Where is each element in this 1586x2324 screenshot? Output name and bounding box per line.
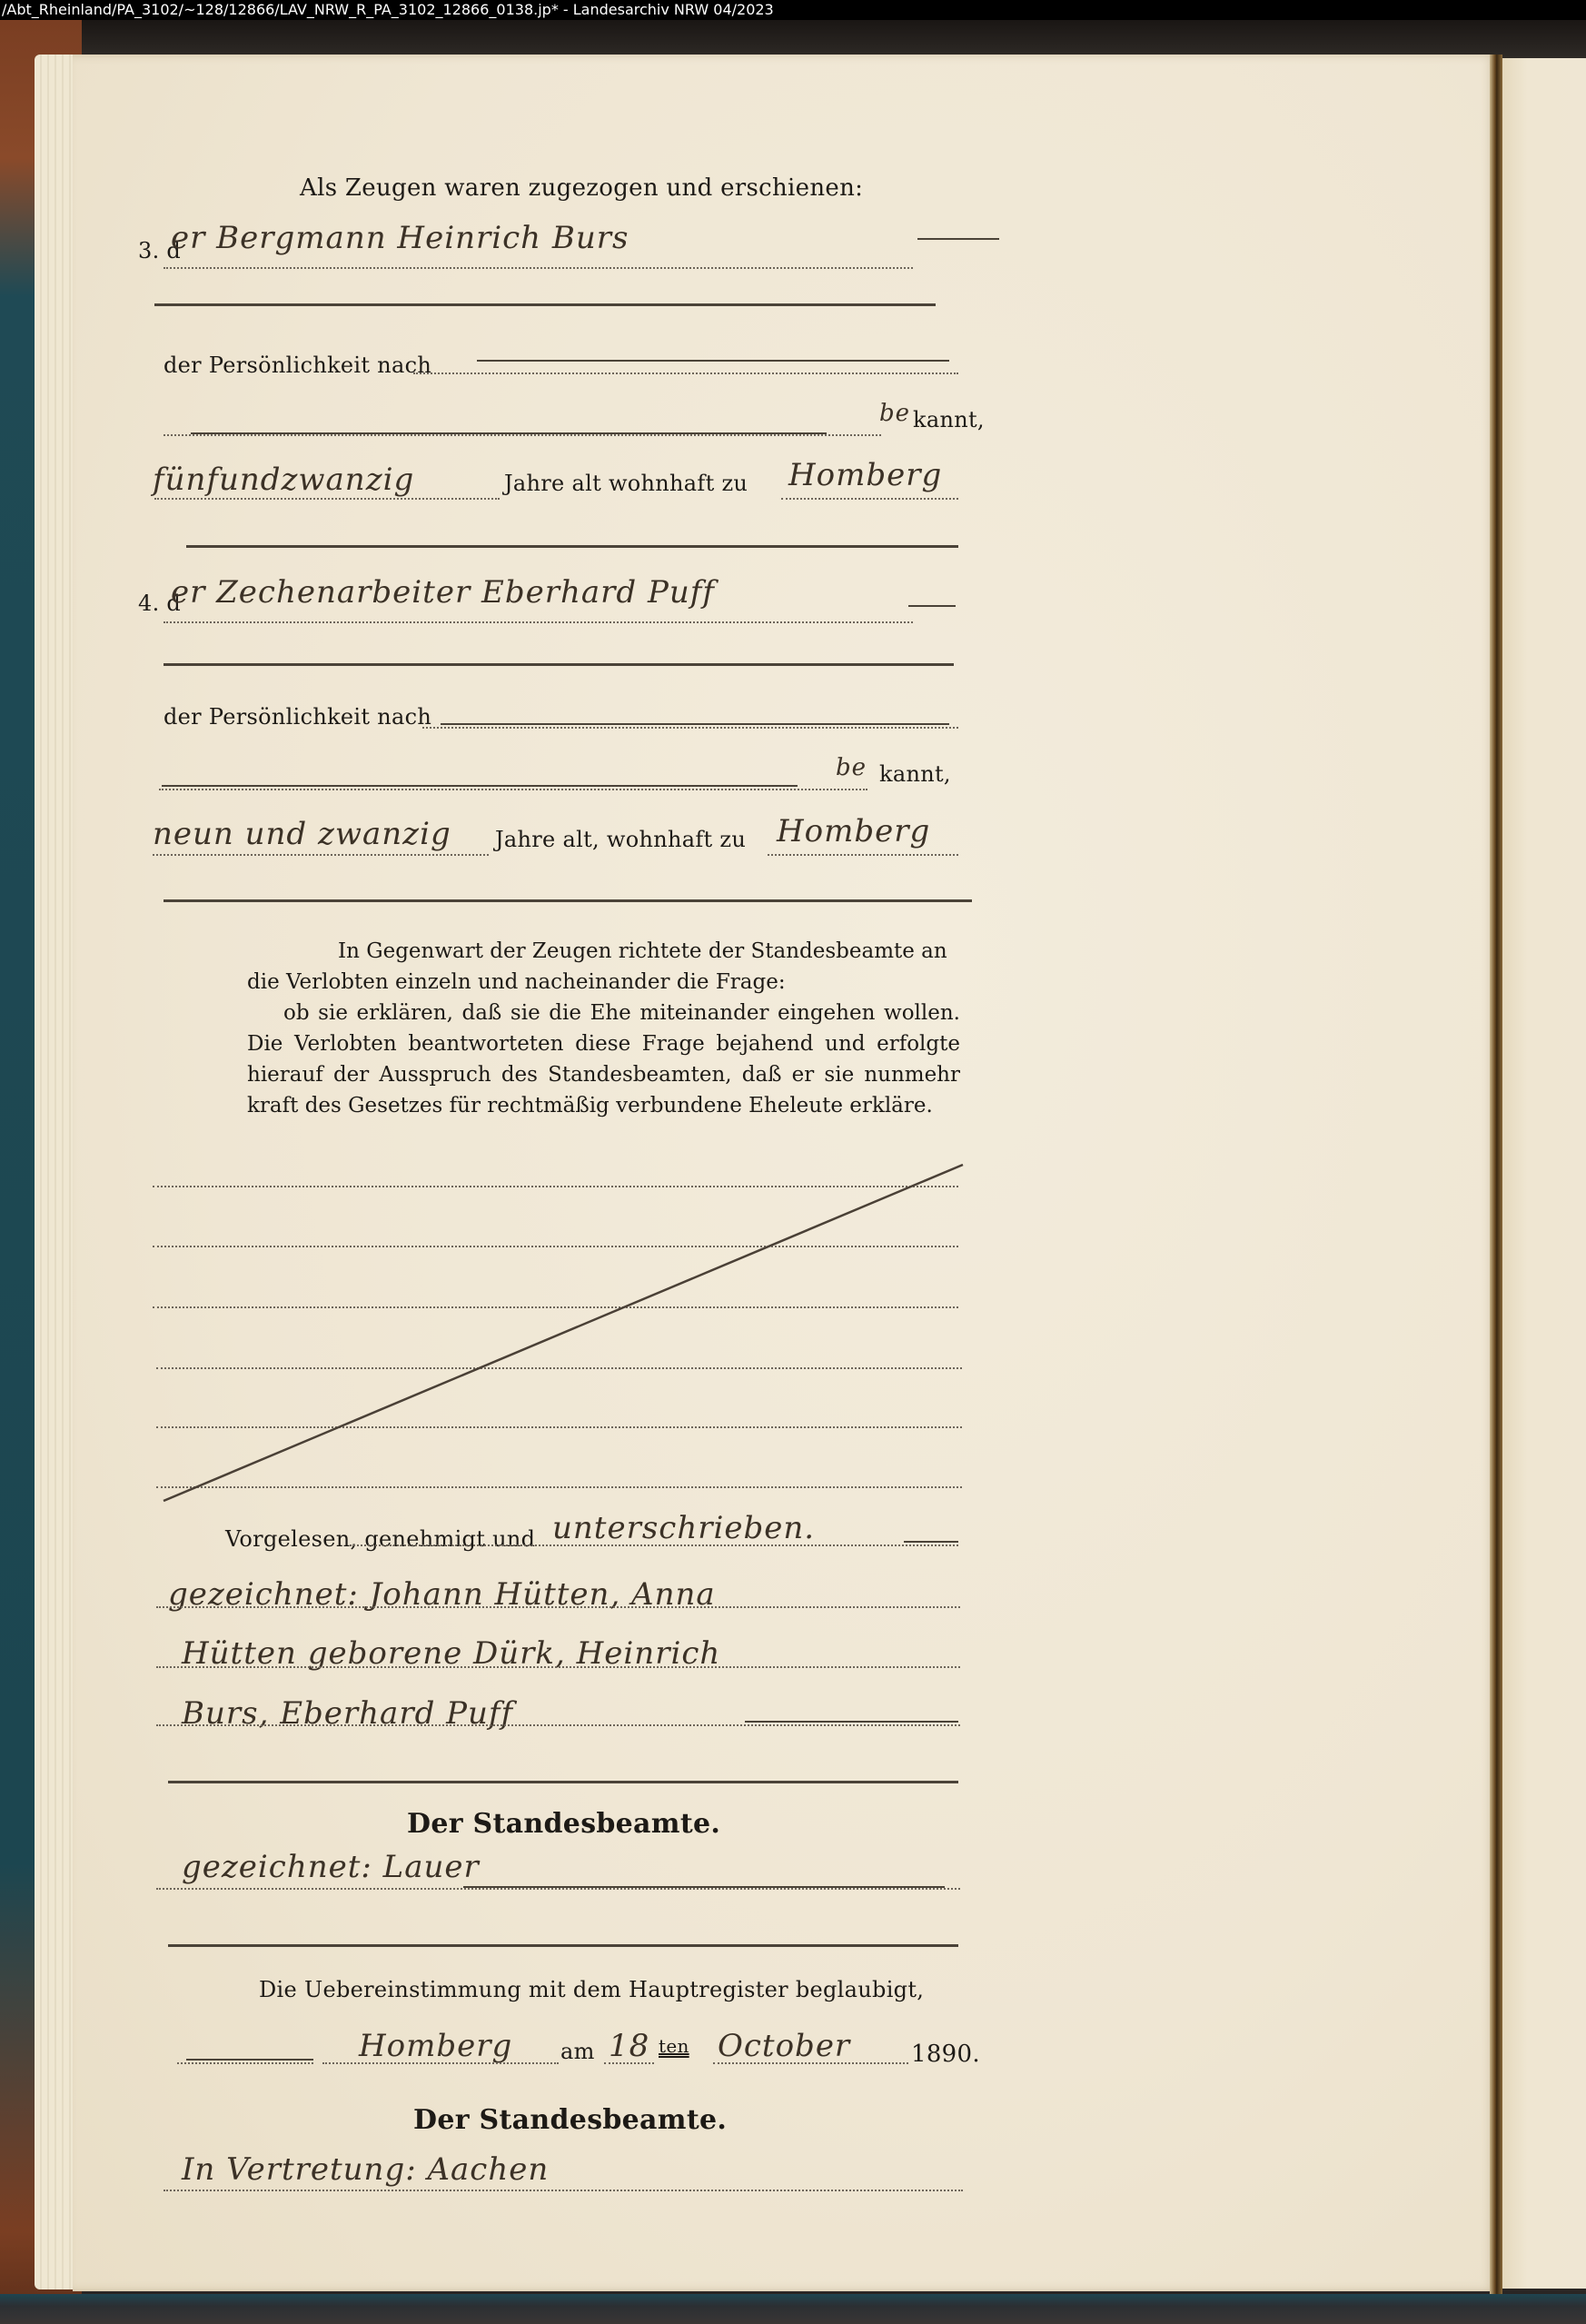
cancellation-diagonal-line	[0, 0, 1586, 2324]
certification-month-line	[713, 2062, 908, 2064]
certification-ten: ten	[659, 2035, 689, 2057]
signature-rule-2	[156, 1666, 960, 1668]
signature-line-3: Burs, Eberhard Puff	[182, 1695, 513, 1732]
certification-year: 1890.	[911, 2041, 980, 2068]
certification-day-hand: 18	[609, 2028, 649, 2064]
certification-place-line	[322, 2062, 559, 2064]
registrar-heading: Der Standesbeamte.	[407, 1808, 720, 1840]
read-line	[350, 1544, 958, 1546]
certification-month-hand: October	[718, 2028, 850, 2064]
signature-rule-1	[156, 1606, 960, 1608]
certification-text: Die Uebereinstimmung mit dem Hauptregist…	[259, 1977, 924, 2002]
registrar-end-line	[168, 1944, 958, 1947]
fill-stroke	[463, 1886, 945, 1888]
read-approved-hand: unterschrieben.	[552, 1510, 815, 1546]
registrar-heading-2: Der Standesbeamte.	[413, 2104, 727, 2136]
fill-stroke	[186, 2059, 313, 2061]
document-content: Als Zeugen waren zugezogen und erschiene…	[0, 0, 1586, 2324]
certification-day-line	[604, 2062, 654, 2064]
fill-stroke	[745, 1721, 958, 1723]
deputy-signature-hand: In Vertretung: Aachen	[182, 2151, 549, 2188]
signature-rule-3	[156, 1724, 960, 1726]
registrar-signature-line	[156, 1888, 960, 1890]
registrar-signature-hand: gezeichnet: Lauer	[182, 1849, 480, 1885]
fill-stroke	[904, 1541, 958, 1543]
read-approved-label: Vorgelesen, genehmigt und	[225, 1526, 535, 1552]
certification-place-hand: Homberg	[359, 2028, 512, 2064]
certification-am: am	[560, 2039, 595, 2064]
deputy-signature-line	[164, 2190, 963, 2191]
signatures-end-line	[168, 1781, 958, 1783]
certification-line-a	[177, 2062, 313, 2064]
